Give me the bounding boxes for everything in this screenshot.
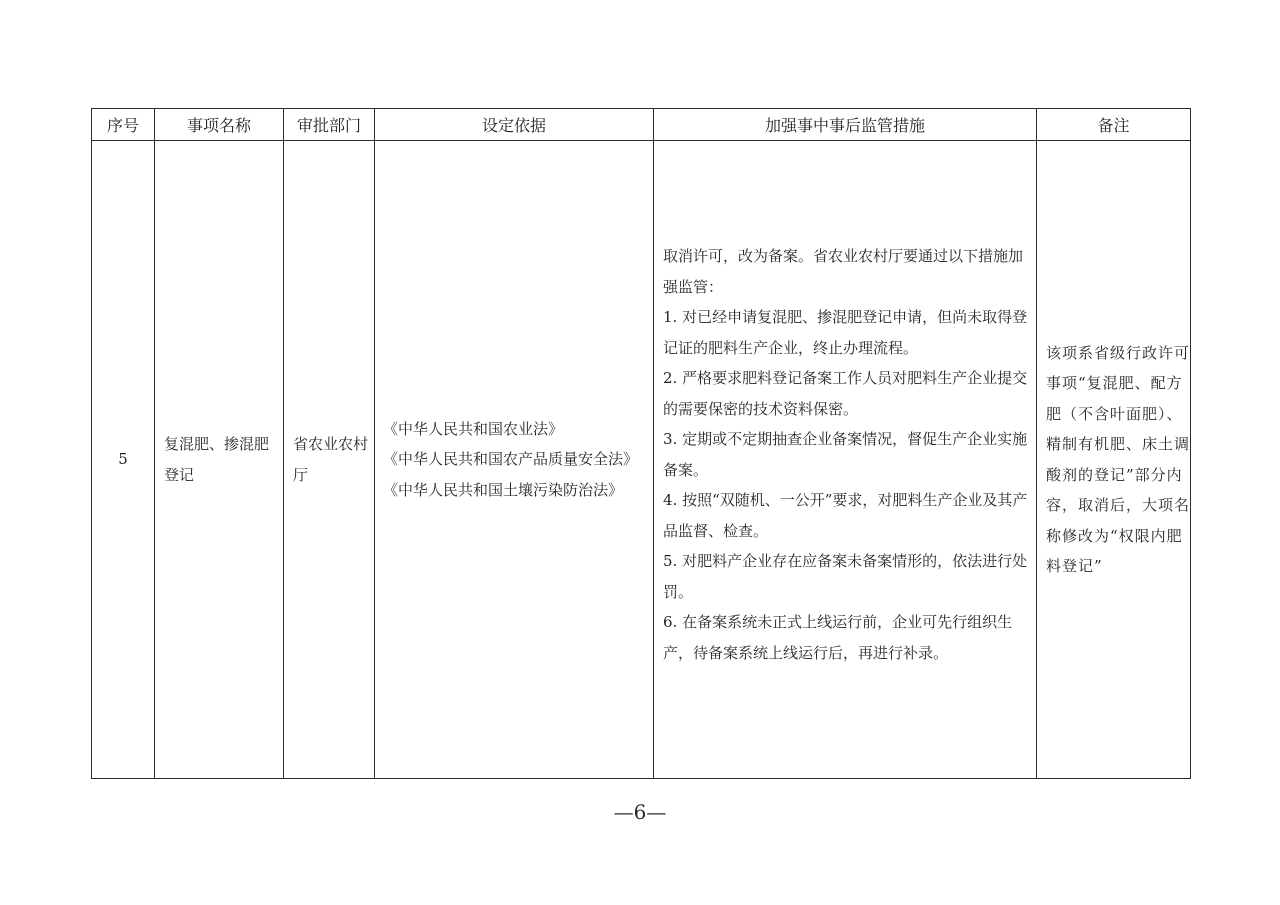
cell-seq: 5 (92, 141, 155, 779)
header-legal-basis: 设定依据 (375, 109, 654, 141)
header-approval-dept: 审批部门 (284, 109, 375, 141)
cell-legal-basis: 《中华人民共和国农业法》 《中华人民共和国农产品质量安全法》 《中华人民共和国土… (375, 141, 654, 779)
measure-item: 2. 严格要求肥料登记备案工作人员对肥料生产企业提交的需要保密的技术资料保密。 (663, 363, 1030, 424)
measure-item: 1. 对已经申请复混肥、掺混肥登记申请，但尚未取得登记证的肥料生产企业，终止办理… (663, 302, 1030, 363)
cell-notes: 该项系省级行政许可事项“复混肥、配方肥（不含叶面肥）、精制有机肥、床土调酸剂的登… (1037, 141, 1191, 779)
cell-approval-dept: 省农业农村厅 (284, 141, 375, 779)
legal-basis-item: 《中华人民共和国农业法》 (383, 414, 645, 445)
notes-text: 该项系省级行政许可事项“复混肥、配方肥（不含叶面肥）、精制有机肥、床土调酸剂的登… (1046, 338, 1190, 582)
approval-items-table: 序号 事项名称 审批部门 设定依据 加强事中事后监管措施 备注 5 复混肥、掺混… (91, 108, 1191, 779)
header-notes: 备注 (1037, 109, 1191, 141)
table-header-row: 序号 事项名称 审批部门 设定依据 加强事中事后监管措施 备注 (92, 109, 1191, 141)
header-item-name: 事项名称 (155, 109, 284, 141)
measures-intro: 取消许可，改为备案。省农业农村厅要通过以下措施加强监管： (663, 241, 1030, 302)
table-row: 5 复混肥、掺混肥登记 省农业农村厅 《中华人民共和国农业法》 《中华人民共和国… (92, 141, 1191, 779)
page-number: —6— (0, 800, 1280, 824)
measure-item: 3. 定期或不定期抽查企业备案情况，督促生产企业实施备案。 (663, 424, 1030, 485)
measure-item: 6. 在备案系统未正式上线运行前，企业可先行组织生产，待备案系统上线运行后，再进… (663, 607, 1030, 668)
cell-item-name: 复混肥、掺混肥登记 (155, 141, 284, 779)
legal-basis-item: 《中华人民共和国农产品质量安全法》 (383, 444, 645, 475)
legal-basis-item: 《中华人民共和国土壤污染防治法》 (383, 475, 645, 506)
header-supervision-measures: 加强事中事后监管措施 (654, 109, 1037, 141)
header-seq: 序号 (92, 109, 155, 141)
cell-supervision-measures: 取消许可，改为备案。省农业农村厅要通过以下措施加强监管： 1. 对已经申请复混肥… (654, 141, 1037, 779)
measure-item: 5. 对肥料产企业存在应备案未备案情形的，依法进行处罚。 (663, 546, 1030, 607)
measure-item: 4. 按照“双随机、一公开”要求，对肥料生产企业及其产品监督、检查。 (663, 485, 1030, 546)
